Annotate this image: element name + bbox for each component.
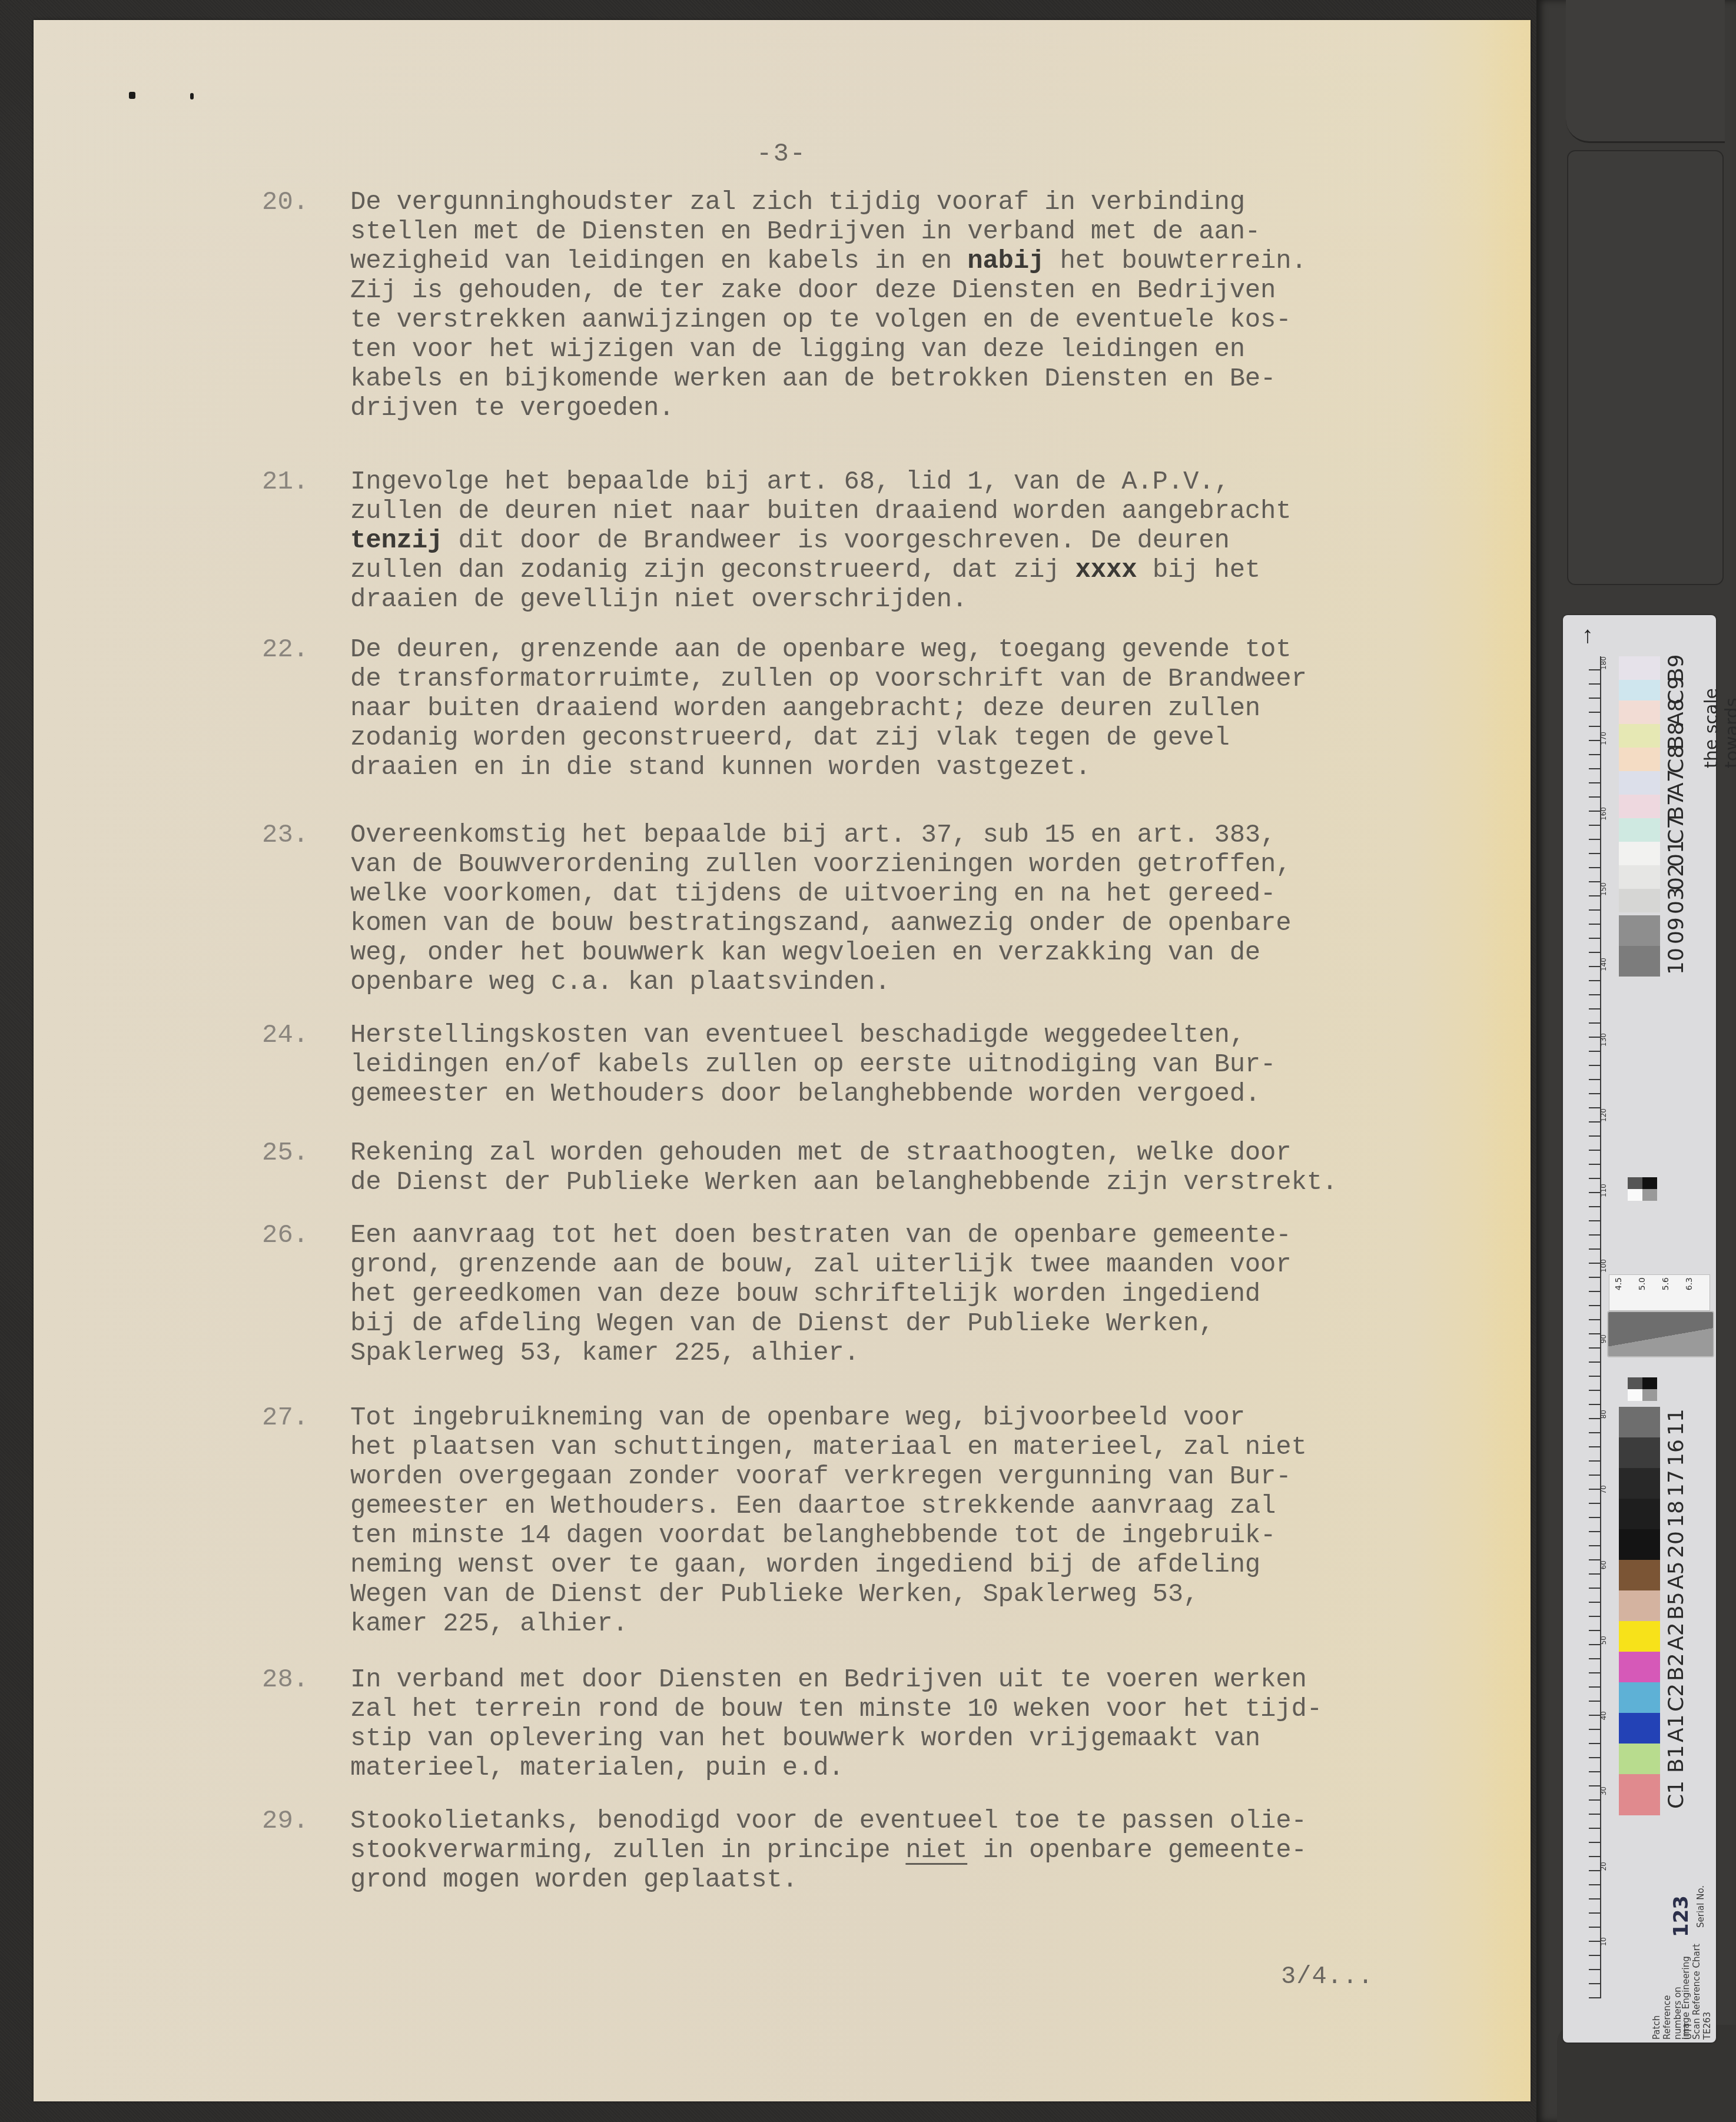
ruler-label: 160 bbox=[1599, 807, 1608, 821]
color-patch-label: 10 bbox=[1662, 946, 1690, 977]
mount-panel bbox=[1566, 0, 1725, 143]
resolution-label: 6.3 bbox=[1685, 1277, 1694, 1290]
ruler-label: 150 bbox=[1599, 882, 1608, 896]
color-patch bbox=[1619, 1621, 1660, 1652]
color-patch-label: B1 bbox=[1662, 1744, 1690, 1774]
continuation-marker: 3/4... bbox=[1281, 1962, 1373, 1991]
color-patch-label: 01 bbox=[1662, 842, 1690, 865]
color-patch-label: C8 bbox=[1662, 748, 1690, 771]
text-line: Stookolietanks, benodigd voor de eventue… bbox=[350, 1806, 1307, 1836]
text-line: welke voorkomen, dat tijdens de uitvoeri… bbox=[350, 879, 1291, 909]
color-patch bbox=[1619, 1499, 1660, 1529]
article-text: Ingevolge het bepaalde bij art. 68, lid … bbox=[350, 467, 1291, 615]
text-line: draaien en in die stand kunnen worden va… bbox=[350, 753, 1307, 782]
serial-label: Serial No. bbox=[1695, 1863, 1706, 1928]
color-patch-label: 11 bbox=[1662, 1407, 1690, 1437]
color-patch-label: 20 bbox=[1662, 1529, 1690, 1560]
text-line: leidingen en/of kabels zullen op eerste … bbox=[350, 1050, 1276, 1080]
color-patch bbox=[1619, 818, 1660, 842]
resolution-label: 4.5 bbox=[1614, 1277, 1624, 1290]
color-patch bbox=[1619, 915, 1660, 946]
text-line: van de Bouwverordening zullen voorzienin… bbox=[350, 850, 1291, 879]
color-patch bbox=[1619, 1407, 1660, 1437]
color-patch-label: 18 bbox=[1662, 1499, 1690, 1529]
color-patch-label: C9 bbox=[1662, 680, 1690, 700]
color-patch bbox=[1619, 1560, 1660, 1590]
resolution-label: 5.6 bbox=[1661, 1277, 1671, 1290]
color-patch bbox=[1619, 1437, 1660, 1468]
text-line: de transformatorruimte, zullen op voorsc… bbox=[350, 665, 1307, 694]
article-text: Stookolietanks, benodigd voor de eventue… bbox=[350, 1806, 1307, 1895]
text-line: openbare weg c.a. kan plaatsvinden. bbox=[350, 968, 1291, 997]
ruler-label: 140 bbox=[1599, 958, 1608, 971]
gray-card bbox=[1607, 1311, 1714, 1357]
text-line: worden overgegaan zonder vooraf verkrege… bbox=[350, 1462, 1307, 1492]
ruler-label: 180 bbox=[1599, 656, 1608, 670]
ruler bbox=[1574, 656, 1601, 1998]
punch-mark bbox=[190, 93, 194, 99]
scale-caption: the scale towards document bbox=[1701, 639, 1736, 768]
ruler-label: 90 bbox=[1599, 1334, 1608, 1343]
text-line: gemeester en Wethouders. Een daartoe str… bbox=[350, 1492, 1307, 1521]
text-line: het gereedkomen van deze bouw schrifteli… bbox=[350, 1280, 1291, 1309]
ruler-label: 110 bbox=[1599, 1184, 1608, 1197]
text-line: de Dienst der Publieke Werken aan belang… bbox=[350, 1168, 1337, 1197]
ruler-label: 20 bbox=[1599, 1862, 1608, 1871]
ruler-label: 60 bbox=[1599, 1560, 1608, 1569]
color-patch bbox=[1619, 656, 1660, 680]
text-line: Spaklerweg 53, kamer 225, alhier. bbox=[350, 1339, 1291, 1368]
article-number: 29. bbox=[262, 1806, 308, 1836]
article-text: Tot ingebruikneming van de openbare weg,… bbox=[350, 1403, 1307, 1639]
color-patch bbox=[1619, 946, 1660, 977]
color-patch-label: A7 bbox=[1662, 771, 1690, 795]
color-patch-label: A1 bbox=[1662, 1713, 1690, 1744]
ruler-label: 40 bbox=[1599, 1711, 1608, 1720]
article-number: 28. bbox=[262, 1665, 308, 1695]
text-line: Tot ingebruikneming van de openbare weg,… bbox=[350, 1403, 1307, 1433]
text-line: zullen dan zodanig zijn geconstrueerd, d… bbox=[350, 556, 1291, 585]
color-patch bbox=[1619, 1529, 1660, 1560]
color-patch-label: C7 bbox=[1662, 818, 1690, 842]
color-patch bbox=[1619, 748, 1660, 771]
color-patch bbox=[1619, 1590, 1660, 1621]
text-line: zal het terrein rond de bouw ten minste … bbox=[350, 1695, 1322, 1724]
article-text: Herstellingskosten van eventueel beschad… bbox=[350, 1021, 1276, 1109]
article-number: 25. bbox=[262, 1138, 308, 1168]
article-number: 27. bbox=[262, 1403, 308, 1433]
color-patch bbox=[1619, 724, 1660, 748]
page-number: -3- bbox=[756, 140, 806, 169]
text-line: draaien de gevellijn niet overschrijden. bbox=[350, 585, 1291, 615]
color-patch-label: 16 bbox=[1662, 1437, 1690, 1468]
text-line: naar buiten draaiend worden aangebracht;… bbox=[350, 694, 1307, 723]
resolution-target: 4.55.05.66.3 bbox=[1609, 1274, 1710, 1311]
text-line: drijven te vergoeden. bbox=[350, 394, 1307, 423]
color-patch-label: B5 bbox=[1662, 1590, 1690, 1621]
text-line: ten voor het wijzigen van de ligging van… bbox=[350, 335, 1307, 364]
text-line: bij de afdeling Wegen van de Dienst der … bbox=[350, 1309, 1291, 1339]
text-line: wezigheid van leidingen en kabels in en … bbox=[350, 247, 1307, 276]
ruler-label: 170 bbox=[1599, 732, 1608, 745]
paper-discoloration bbox=[1478, 20, 1531, 2101]
color-patch bbox=[1619, 771, 1660, 795]
text-line: De vergunninghoudster zal zich tijdig vo… bbox=[350, 188, 1307, 217]
color-patch bbox=[1619, 889, 1660, 912]
color-patch bbox=[1619, 1744, 1660, 1774]
ruler-label: 50 bbox=[1599, 1636, 1608, 1645]
ruler-label: 100 bbox=[1599, 1259, 1608, 1273]
text-line: Ingevolge het bepaalde bij art. 68, lid … bbox=[350, 467, 1291, 497]
color-patch bbox=[1619, 1468, 1660, 1499]
text-line: stellen met de Diensten en Bedrijven in … bbox=[350, 217, 1307, 247]
color-patch bbox=[1619, 795, 1660, 818]
color-patch-label: 09 bbox=[1662, 915, 1690, 946]
color-patch-label: C1 bbox=[1662, 1774, 1690, 1815]
article-text: Overeenkomstig het bepaalde bij art. 37,… bbox=[350, 821, 1291, 997]
color-patch-label: A5 bbox=[1662, 1560, 1690, 1590]
text-line: grond, grenzende aan de bouw, zal uiterl… bbox=[350, 1250, 1291, 1280]
color-patch-label: 02 bbox=[1662, 865, 1690, 889]
article-number: 23. bbox=[262, 821, 308, 850]
text-line: komen van de bouw bestratingszand, aanwe… bbox=[350, 909, 1291, 938]
article-text: Een aanvraag tot het doen bestraten van … bbox=[350, 1221, 1291, 1368]
color-patch bbox=[1619, 680, 1660, 700]
text-line: In verband met door Diensten en Bedrijve… bbox=[350, 1665, 1322, 1695]
color-patch bbox=[1619, 1682, 1660, 1713]
color-reference-scale: ↑ the scale towards document 4.55.05.66.… bbox=[1563, 615, 1716, 2043]
color-patch-label: 17 bbox=[1662, 1468, 1690, 1499]
punch-mark bbox=[129, 92, 135, 99]
text-line: Wegen van de Dienst der Publieke Werken,… bbox=[350, 1580, 1307, 1609]
color-patch-label: A2 bbox=[1662, 1621, 1690, 1652]
text-line: Herstellingskosten van eventueel beschad… bbox=[350, 1021, 1276, 1050]
color-patch bbox=[1619, 1713, 1660, 1744]
article-number: 21. bbox=[262, 467, 308, 497]
text-line: zodanig worden geconstrueerd, dat zij vl… bbox=[350, 723, 1307, 753]
text-line: Overeenkomstig het bepaalde bij art. 37,… bbox=[350, 821, 1291, 850]
ruler-label: 10 bbox=[1599, 1937, 1608, 1946]
text-line: neming wenst over te gaan, worden ingedi… bbox=[350, 1550, 1307, 1580]
color-patch bbox=[1619, 1652, 1660, 1682]
text-line: gemeester en Wethouders door belanghebbe… bbox=[350, 1080, 1276, 1109]
color-patch bbox=[1619, 700, 1660, 724]
color-patch-label: B7 bbox=[1662, 795, 1690, 818]
ruler-label: 30 bbox=[1599, 1786, 1608, 1795]
chart-name: Image Engineering Scan Reference Chart T… bbox=[1681, 1934, 1712, 2040]
arrow-up-icon: ↑ bbox=[1581, 626, 1595, 649]
text-line: het plaatsen van schuttingen, materiaal … bbox=[350, 1433, 1307, 1462]
color-patch bbox=[1619, 1774, 1660, 1815]
color-patch bbox=[1619, 842, 1660, 865]
serial-number-handwritten: 123 bbox=[1669, 1895, 1693, 1937]
text-line: De deuren, grenzende aan de openbare weg… bbox=[350, 635, 1307, 665]
color-patch-label: A8 bbox=[1662, 700, 1690, 724]
text-line: grond mogen worden geplaatst. bbox=[350, 1865, 1307, 1895]
color-patch-label: B8 bbox=[1662, 724, 1690, 748]
article-text: In verband met door Diensten en Bedrijve… bbox=[350, 1665, 1322, 1783]
color-patch bbox=[1619, 865, 1660, 889]
color-patch-label: 03 bbox=[1662, 889, 1690, 912]
article-text: De vergunninghoudster zal zich tijdig vo… bbox=[350, 188, 1307, 423]
gray-quad-target bbox=[1628, 1177, 1657, 1201]
ruler-label: 130 bbox=[1599, 1033, 1608, 1047]
gray-quad-target bbox=[1628, 1377, 1657, 1401]
text-line: zullen de deuren niet naar buiten draaie… bbox=[350, 497, 1291, 526]
article-number: 20. bbox=[262, 188, 308, 217]
text-line: stip van oplevering van het bouwwerk wor… bbox=[350, 1724, 1322, 1754]
text-line: Zij is gehouden, de ter zake door deze D… bbox=[350, 276, 1307, 305]
text-line: tenzij dit door de Brandweer is voorgesc… bbox=[350, 526, 1291, 556]
text-line: kabels en bijkomende werken aan de betro… bbox=[350, 364, 1307, 394]
color-patch-label: B2 bbox=[1662, 1652, 1690, 1682]
ruler-label: 70 bbox=[1599, 1485, 1608, 1494]
text-line: Een aanvraag tot het doen bestraten van … bbox=[350, 1221, 1291, 1250]
article-text: Rekening zal worden gehouden met de stra… bbox=[350, 1138, 1337, 1197]
text-line: materieel, materialen, puin e.d. bbox=[350, 1754, 1322, 1783]
text-line: ten minste 14 dagen voordat belanghebben… bbox=[350, 1521, 1307, 1550]
article-number: 22. bbox=[262, 635, 308, 665]
mount-panel bbox=[1567, 150, 1724, 585]
resolution-label: 5.0 bbox=[1638, 1277, 1647, 1290]
article-text: De deuren, grenzende aan de openbare weg… bbox=[350, 635, 1307, 782]
color-patch-label: C2 bbox=[1662, 1682, 1690, 1713]
text-line: kamer 225, alhier. bbox=[350, 1609, 1307, 1639]
ruler-label: 120 bbox=[1599, 1108, 1608, 1122]
text-line: te verstrekken aanwijzingen op te volgen… bbox=[350, 305, 1307, 335]
typed-document-page: -3- 20.De vergunninghoudster zal zich ti… bbox=[34, 20, 1531, 2101]
article-number: 24. bbox=[262, 1021, 308, 1050]
text-line: Rekening zal worden gehouden met de stra… bbox=[350, 1138, 1337, 1168]
article-number: 26. bbox=[262, 1221, 308, 1250]
text-line: stookverwarming, zullen in principe niet… bbox=[350, 1836, 1307, 1865]
ruler-label: 80 bbox=[1599, 1410, 1608, 1419]
text-line: weg, onder het bouwwerk kan wegvloeien e… bbox=[350, 938, 1291, 968]
